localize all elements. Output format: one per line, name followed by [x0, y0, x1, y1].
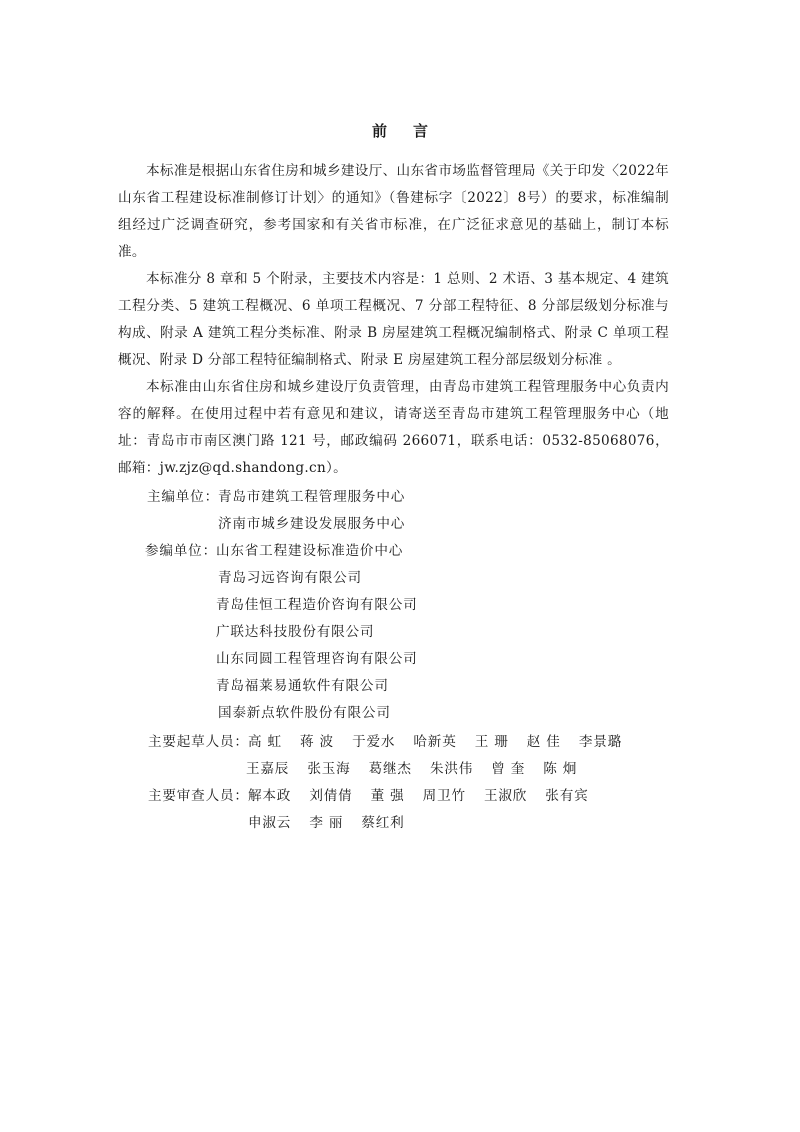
- paragraph-management: 本标准由山东省住房和城乡建设厅负责管理，由青岛市建筑工程管理服务中心负责内容的解…: [118, 374, 669, 482]
- drafters-label: 主要起草人员：: [148, 729, 249, 756]
- reviewer-name: 周卫竹: [423, 783, 466, 810]
- participating-unit-1: 山东省工程建设标准造价中心: [216, 538, 403, 565]
- drafters-line-1: 高 虹 蒋 波 于爱水 哈新英 王 珊 赵 佳 李景璐: [248, 729, 635, 756]
- participating-unit-3: 青岛佳恒工程造价咨询有限公司: [216, 592, 418, 619]
- reviewers-line-1: 解本政 刘倩倩 董 强 周卫竹 王淑欣 张有宾: [248, 783, 601, 810]
- chief-unit-1: 青岛市建筑工程管理服务中心: [218, 484, 405, 511]
- drafter-name: 葛继杰: [369, 756, 412, 783]
- participating-units-label: 参编单位：: [145, 538, 217, 565]
- participating-unit-6: 青岛福莱易通软件有限公司: [216, 673, 389, 700]
- paragraph-basis: 本标准是根据山东省住房和城乡建设厅、山东省市场监督管理局《关于印发〈2022年山…: [118, 158, 669, 266]
- reviewers-label: 主要审查人员：: [148, 783, 249, 810]
- document-page: 前言 本标准是根据山东省住房和城乡建设厅、山东省市场监督管理局《关于印发〈202…: [0, 0, 800, 1132]
- participating-unit-2: 青岛习远咨询有限公司: [218, 565, 362, 592]
- reviewers-line-2: 申淑云 李 丽 蔡红利: [248, 810, 418, 837]
- reviewer-name: 刘倩倩: [309, 783, 352, 810]
- reviewer-name: 董 强: [371, 783, 405, 810]
- drafter-name: 赵 佳: [527, 729, 561, 756]
- page-title: 前言: [0, 120, 800, 141]
- drafter-name: 陈 炯: [543, 756, 577, 783]
- reviewer-name: 解本政: [248, 783, 291, 810]
- paragraph-contents: 本标准分 8 章和 5 个附录，主要技术内容是：1 总则、2 术语、3 基本规定…: [118, 266, 669, 374]
- reviewer-name: 张有宾: [545, 783, 588, 810]
- reviewer-name: 王淑欣: [484, 783, 527, 810]
- participating-unit-5: 山东同圆工程管理咨询有限公司: [216, 646, 418, 673]
- drafter-name: 李景璐: [579, 729, 622, 756]
- drafter-name: 王 珊: [475, 729, 509, 756]
- reviewer-name: 蔡红利: [361, 810, 404, 837]
- drafter-name: 王嘉辰: [246, 756, 289, 783]
- chief-unit-2: 济南市城乡建设发展服务中心: [218, 511, 405, 538]
- participating-unit-4: 广联达科技股份有限公司: [216, 619, 374, 646]
- drafters-line-2: 王嘉辰 张玉海 葛继杰 朱洪伟 曾 奎 陈 炯: [246, 756, 590, 783]
- reviewer-name: 李 丽: [309, 810, 343, 837]
- drafter-name: 曾 奎: [491, 756, 525, 783]
- chief-units-label: 主编单位：: [147, 484, 219, 511]
- drafter-name: 哈新英: [413, 729, 456, 756]
- drafter-name: 张玉海: [307, 756, 350, 783]
- drafter-name: 高 虹: [248, 729, 282, 756]
- drafter-name: 蒋 波: [300, 729, 334, 756]
- drafter-name: 朱洪伟: [430, 756, 473, 783]
- reviewer-name: 申淑云: [248, 810, 291, 837]
- preface-body: 本标准是根据山东省住房和城乡建设厅、山东省市场监督管理局《关于印发〈2022年山…: [118, 158, 669, 482]
- drafter-name: 于爱水: [352, 729, 395, 756]
- participating-unit-7: 国泰新点软件股份有限公司: [218, 700, 391, 727]
